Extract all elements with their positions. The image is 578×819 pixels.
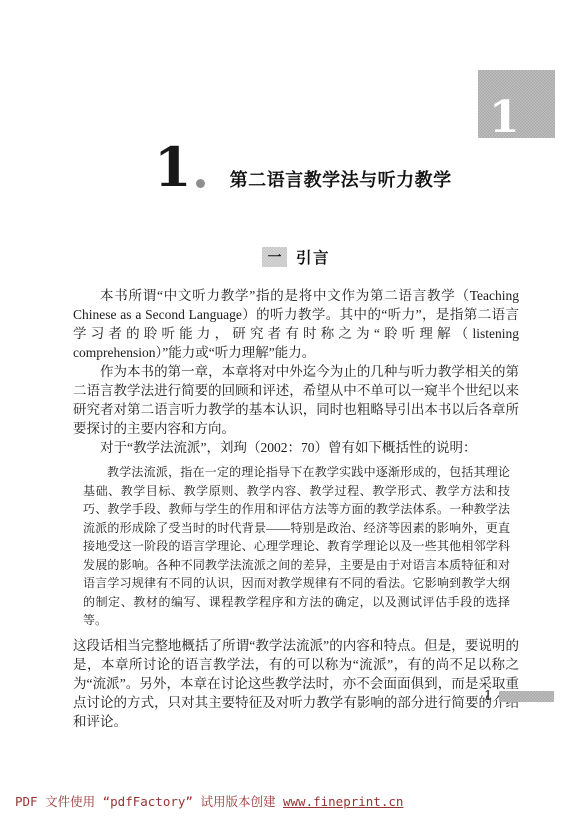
paragraph: 作为本书的第一章，本章将对中外迄今为止的几种与听力教学相关的第二语言教学法进行简…: [73, 362, 519, 438]
chapter-tab-number: 1: [489, 98, 520, 138]
page-number-row: 1: [484, 689, 554, 704]
pdf-trial-notice-text: PDF 文件使用 “pdfFactory” 试用版本创建: [15, 794, 283, 809]
closing-paragraph: 这段话相当完整地概括了所谓“教学法流派”的内容和特点。但是，要说明的是，本章所讨…: [73, 636, 519, 731]
body-text: 本书所谓“中文听力教学”指的是将中文作为第二语言教学（Teaching Chin…: [73, 286, 519, 731]
fineprint-link[interactable]: www.fineprint.cn: [283, 794, 403, 809]
book-page: 1 1 第二语言教学法与听力教学 一 引言 本书所谓“中文听力教学”指的是将中文…: [0, 0, 578, 819]
page-number: 1: [484, 689, 492, 704]
chapter-title: 第二语言教学法与听力教学: [230, 166, 452, 192]
pdf-trial-notice: PDF 文件使用 “pdfFactory” 试用版本创建 www.finepri…: [15, 792, 403, 810]
chapter-number-dot-icon: [196, 179, 205, 188]
section-marker: 一: [262, 247, 287, 267]
paragraph: 对于“教学法流派”，刘珣（2002：70）曾有如下概括性的说明：: [73, 438, 519, 457]
section-heading: 一 引言: [262, 246, 330, 268]
chapter-heading: 1 第二语言教学法与听力教学: [154, 140, 452, 194]
section-title: 引言: [296, 246, 330, 268]
chapter-tab: 1: [478, 70, 555, 138]
block-quote: 教学法流派，指在一定的理论指导下在教学实践中逐渐形成的，包括其理论基础、教学目标…: [83, 463, 510, 630]
chapter-number: 1: [154, 140, 192, 194]
page-number-bar: [499, 691, 554, 702]
paragraph: 本书所谓“中文听力教学”指的是将中文作为第二语言教学（Teaching Chin…: [73, 286, 519, 362]
